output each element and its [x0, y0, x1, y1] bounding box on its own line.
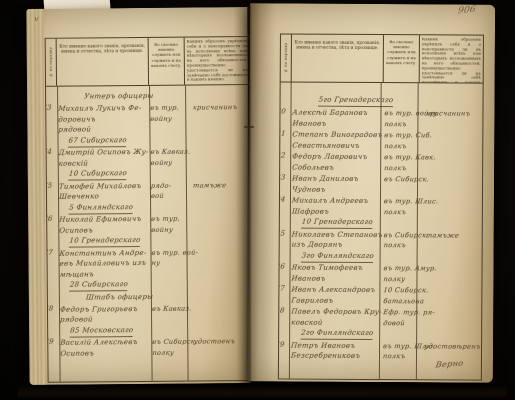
register-row: 87Иванъ АлександровъГавриловъ10 Сибирск.… — [279, 284, 481, 306]
entry-name: Степанъ ВиноградовъСевастьяновичъ — [292, 130, 384, 152]
table-header: № по порядку Кто именно какого званія, п… — [281, 34, 483, 83]
entry-number: 73 — [46, 104, 57, 112]
entry-service-line: рядо- — [150, 180, 188, 191]
entry-remark — [419, 196, 483, 229]
entry-name-line: Яковъ Тимофеевъ — [291, 263, 384, 274]
entry-remark — [186, 146, 252, 179]
entry-name-line: Севастьяновичъ — [292, 140, 385, 151]
header-col-number: № по порядку — [46, 39, 57, 86]
register-row: 74Дмитрій Осиповъ Жу-ковскій10 Сибирскаг… — [47, 146, 251, 180]
entry-service-line: полкъ — [382, 351, 420, 362]
entry-service: 10 Сибирск.батальона — [383, 285, 420, 306]
entry-service: въ тур. Кавк.полкъ — [384, 152, 421, 173]
header-col-remarks: Какимъ образомъ укрѣпилъ себя и о неиспр… — [185, 37, 250, 85]
section-heading: 5го Гренадерскаго — [318, 95, 394, 107]
entry-name: Михаилъ Лукичъ Фе-доровичърядовой67 Сиби… — [58, 103, 150, 147]
register-row: 79Василій АлексѣевъОсиповъвъ Сибирск.пол… — [48, 336, 252, 359]
section-heading-wrap: Штабъ офицеры — [60, 291, 252, 304]
entry-number: 83 — [279, 173, 291, 181]
entry-name-line: ковской — [291, 317, 384, 328]
entry-remark — [420, 152, 483, 173]
entry-name: Яковъ ТимофеевъИвановъ — [291, 263, 383, 285]
entry-service-line: въ тур. — [150, 103, 188, 114]
table-body: 5го Гренадерскаго80Алексѣй БарановъИвано… — [279, 82, 483, 379]
entry-service: въ тур. войнуполкъ — [384, 108, 421, 129]
entry-unit: 67 Сибирскаго — [68, 135, 127, 147]
entry-service: рядо-вой — [151, 180, 188, 213]
entry-number: 81 — [279, 129, 291, 137]
entry-name-line: Дмитрій Осиповъ Жу- — [58, 147, 151, 158]
section-heading-wrap: 5го Гренадерскаго — [293, 87, 483, 109]
entry-number: 78 — [46, 304, 58, 312]
entry-unit: 28 Сибирскаго — [69, 279, 128, 291]
register-row: 80Алексѣй БарановъИвановъвъ тур. войнупо… — [280, 107, 482, 129]
entry-name: Николаевъ Степановъизъ Дворянъ3го Финлян… — [292, 229, 384, 262]
entry-name-line: доровичъ — [58, 113, 151, 124]
entry-service: въ тур.войну — [151, 214, 188, 247]
entry-service-line: въ тур. вой- — [151, 247, 189, 258]
entry-service-line: въ тур. Амур. — [383, 263, 421, 274]
entry-remark — [419, 263, 482, 284]
entries-right: 5го Гренадерскаго80Алексѣй БарановъИвано… — [279, 82, 483, 379]
entry-name-line: Чудновъ — [291, 184, 384, 195]
entry-service-line: войну — [151, 224, 189, 235]
entry-name-line: Федоръ Лавровичъ — [292, 152, 385, 163]
entry-number: 76 — [46, 215, 58, 223]
corner-mark: v — [34, 15, 39, 23]
entry-remark: тамъже — [186, 180, 252, 213]
register-row: 77Константинъ Андре-евъ Михайловичъ изъм… — [47, 247, 251, 292]
entry-service: въ тур.войну — [150, 103, 187, 146]
entry-name-line: Василій Алексѣевъ — [60, 337, 153, 348]
entry-service-line: въ тур. войну — [384, 108, 422, 119]
entry-service: въ тур. Сиб.полкъ — [384, 130, 421, 151]
entry-service-line: полку — [383, 274, 421, 285]
verification-signature: Верно — [435, 359, 464, 370]
register-table-left: № по порядку Кто именно какого званія, п… — [45, 36, 254, 383]
entry-name-line: Николай Ефимовичъ — [59, 214, 152, 225]
entry-name-line: евъ Михайловичъ изъ — [59, 258, 152, 269]
right-page: 906 № по порядку Кто именно какого звані… — [248, 3, 495, 382]
entry-service-line: батальона — [383, 296, 421, 307]
entry-service-line: войну — [150, 157, 188, 168]
entry-service-line: ну — [151, 258, 189, 269]
register-row: 85Николаевъ Степановъизъ Дворянъ3го Финл… — [280, 229, 482, 263]
entry-service-line: полку — [152, 347, 190, 358]
section-heading: Унтеръ офицеры — [84, 90, 251, 102]
entry-name-line: мѣщанъ — [59, 268, 152, 279]
entry-name-line: Ивановъ — [291, 273, 384, 284]
entry-service-line: войну — [150, 113, 188, 124]
entry-remark — [419, 285, 482, 306]
entry-name-line: Тимофей Михайловъ — [58, 180, 151, 191]
entry-service-line: въ Кавказ. — [151, 303, 189, 314]
entry-service-line: полкъ — [383, 207, 421, 218]
entry-remark — [420, 130, 483, 151]
entry-name: Николай ЕфимовичъОсиповъ10 Гренадерскаго — [59, 214, 151, 247]
entries-left: Унтеръ офицеры73Михаилъ Лукичъ Фе-дорови… — [46, 85, 253, 382]
entry-service: въ тур. Шлис.полкъ — [384, 196, 421, 229]
entry-service-line: въ Сибирск. — [152, 337, 190, 348]
entry-unit: 10 Сибирскаго — [68, 168, 127, 180]
header-col-remarks: Какимъ образомъ укрѣпилъ себя и о неиспр… — [420, 35, 483, 82]
entry-name-line: Шевченко — [58, 191, 151, 202]
entry-service-line: въ тур. — [151, 214, 189, 225]
entry-remark: тамъже — [419, 230, 483, 263]
register-row: 73Михаилъ Лукичъ Фе-доровичърядовой67 Си… — [46, 102, 250, 147]
entry-name: Дмитрій Осиповъ Жу-ковскій10 Сибирскаго — [59, 147, 151, 180]
entry-service: Ефр. тур. ря-довой — [383, 307, 420, 340]
entry-service-line: Ефр. тур. ря- — [383, 307, 421, 318]
table-header: № по порядку Кто именно какого званія, п… — [46, 37, 250, 87]
entry-number: 82 — [279, 151, 291, 159]
entry-service-line: въ тур. Шлю. — [382, 341, 420, 352]
register-table-right: № по порядку Кто именно какого званія, п… — [278, 33, 484, 380]
entry-name-line: изъ Дворянъ — [291, 240, 384, 251]
entry-service-line: полкъ — [383, 240, 421, 251]
entry-unit: 3го Финляндскаго — [301, 250, 375, 262]
entry-remark — [188, 302, 253, 335]
section-heading: Штабъ офицеры — [85, 291, 252, 303]
register-row: 84Михаилъ АндреевъШафровъ10 Гренадерскаг… — [280, 195, 482, 229]
entry-name: Иванъ ДаниловъЧудновъ — [292, 174, 384, 196]
entry-name-line: Петръ Ивановъ — [290, 340, 383, 351]
entry-service: въ Сибирск.полку — [152, 337, 189, 358]
register-row: 88Павелъ Федоровъ Кру-ковской2го Финлянд… — [279, 306, 481, 340]
entry-number: 80 — [279, 107, 291, 115]
entry-unit: 85 Московскаго — [70, 325, 134, 337]
entry-remark: хрисчанинъ — [420, 108, 482, 129]
entry-name: Алексѣй БарановъИвановъ — [292, 108, 384, 130]
entry-name-line: Безсребрениковъ — [290, 351, 383, 362]
register-row: 82Федоръ ЛавровичъСобольевъвъ тур. Кавк.… — [280, 151, 482, 173]
entry-service-line: вой — [150, 191, 188, 202]
entry-name-line: рядовой — [60, 314, 153, 325]
entry-name-line: Михаилъ Андреевъ — [291, 196, 384, 207]
entry-name: Константинъ Андре-евъ Михайловичъ изъмѣщ… — [59, 247, 151, 291]
entry-number: 74 — [46, 148, 57, 156]
entry-name-line: ковскій — [58, 157, 151, 168]
entry-name-line: Шафровъ — [291, 206, 384, 217]
entry-name-line: Николаевъ Степановъ — [291, 229, 384, 240]
entry-number: 85 — [279, 229, 290, 237]
book-bottom-shadow — [18, 384, 507, 400]
entry-remark — [187, 213, 253, 246]
entry-service-line: въ Сибирск. — [383, 174, 421, 185]
gutter-fold — [247, 6, 252, 382]
register-row: 86Яковъ ТимофеевъИвановъвъ тур. Амур.пол… — [279, 262, 481, 284]
entry-service-line: полкъ — [384, 141, 422, 152]
entry-name: Федоръ ЛавровичъСобольевъ — [292, 152, 384, 174]
entry-name-line: Степанъ Виноградовъ — [292, 130, 385, 141]
entry-name: Федоръ Григорьевърядовой85 Московскаго — [60, 303, 152, 336]
entry-remark — [420, 174, 483, 195]
entry-name-line: Ивановъ — [292, 118, 385, 129]
gutter-tick — [244, 126, 254, 128]
entry-service-line: полкъ — [384, 163, 422, 174]
entry-name: Тимофей МихайловъШевченко5 Финляндскаго — [59, 180, 151, 213]
entry-service: въ тур. вой-ну — [151, 247, 188, 290]
table-body: Унтеръ офицеры73Михаилъ Лукичъ Фе-дорови… — [46, 85, 253, 382]
entry-number: 84 — [279, 195, 291, 203]
header-col-service: Во сколько именно служилъ или служитъ и … — [384, 35, 420, 82]
register-row: 83Иванъ ДаниловъЧудновъвъ Сибирск. — [280, 173, 482, 195]
entry-name-line: Гавриловъ — [291, 295, 384, 306]
entry-unit: 10 Гренадерскаго — [69, 235, 141, 247]
entry-remark — [187, 246, 253, 290]
entry-name-line: Михаилъ Лукичъ Фе- — [58, 103, 151, 114]
entry-service-line: полкъ — [384, 119, 422, 130]
header-col-number: № по порядку — [281, 34, 292, 81]
scanned-register-spread: v № по порядку Кто именно какого званія,… — [0, 0, 515, 400]
entry-unit: 5 Финляндскаго — [69, 202, 134, 214]
entry-name-line: Константинъ Андре- — [59, 247, 152, 258]
entry-service: въ Кавказ.войну — [151, 147, 188, 180]
entry-number: 86 — [279, 262, 290, 270]
register-row: 75Тимофей МихайловъШевченко5 Финляндскаг… — [47, 180, 251, 214]
entry-unit: 2го Финляндскаго — [301, 328, 375, 340]
entry-service-line: въ тур. Кавк. — [384, 152, 422, 163]
entry-service-line: довой — [383, 318, 421, 329]
left-page: v № по порядку Кто именно какого званія,… — [26, 7, 250, 385]
entry-number: 89 — [279, 340, 290, 348]
entry-service-line: въ Кавказ. — [150, 147, 188, 158]
header-col-name: Кто именно какого званія, прозванія, име… — [292, 35, 384, 83]
page-number: 906 — [457, 5, 476, 17]
entry-name: Петръ ИвановъБезсребрениковъ — [291, 340, 383, 362]
entry-name-line: Иванъ Александровъ — [291, 285, 384, 296]
entry-service: въ Сибирск.полкъ — [384, 230, 421, 263]
entry-name-line: Павелъ Федоровъ Кру- — [291, 307, 384, 318]
entry-service: въ тур. Шлю.полкъ — [383, 341, 420, 362]
entry-unit: 10 Гренадерскаго — [301, 217, 373, 229]
entry-name: Михаилъ АндреевъШафровъ10 Гренадерскаго — [292, 196, 384, 229]
header-col-name: Кто именно какого званія, прозванія, име… — [57, 38, 149, 86]
entry-number: 77 — [46, 248, 58, 256]
entry-number: 88 — [279, 306, 290, 314]
entry-name: Павелъ Федоровъ Кру-ковской2го Финляндск… — [291, 307, 383, 340]
entry-name-line: Федоръ Григорьевъ — [59, 303, 152, 314]
register-row: 76Николай ЕфимовичъОсиповъ10 Гренадерска… — [47, 213, 251, 247]
entry-service-line: въ Сибирск. — [383, 230, 421, 241]
entry-number: 79 — [46, 338, 59, 346]
entry-service: въ Сибирск. — [384, 174, 421, 195]
entry-service-line: въ тур. Сиб. — [384, 130, 422, 141]
entry-remark — [418, 307, 482, 340]
entry-service-line: въ тур. Шлис. — [383, 196, 421, 207]
entry-name: Иванъ АлександровъГавриловъ — [291, 285, 383, 307]
entry-service: въ Кавказ. — [152, 303, 189, 336]
entry-name-line: Алексѣй Барановъ — [292, 108, 385, 119]
section-heading-wrap: Унтеръ офицеры — [58, 90, 250, 103]
register-row: 78Федоръ Григорьевърядовой85 Московскаго… — [48, 303, 252, 337]
entry-name: Василій АлексѣевъОсиповъ — [60, 337, 152, 359]
entry-number: 87 — [279, 284, 290, 292]
entry-number: 75 — [46, 181, 57, 189]
register-row: 81Степанъ ВиноградовъСевастьяновичъвъ ту… — [280, 129, 482, 151]
entry-remark: хрисчанинъ — [185, 102, 252, 146]
entry-name-line: Осиповъ — [60, 347, 153, 358]
entry-service-line: 10 Сибирск. — [383, 285, 421, 296]
entry-name-line: Собольевъ — [292, 162, 385, 173]
entry-name-line: рядовой — [58, 124, 151, 135]
entry-name-line: Иванъ Даниловъ — [292, 174, 385, 185]
entry-remark: удостоенъ — [188, 336, 252, 358]
entry-service: въ тур. Амур.полку — [383, 263, 420, 284]
header-col-service: Во сколько именно служилъ или служитъ и … — [149, 38, 185, 85]
